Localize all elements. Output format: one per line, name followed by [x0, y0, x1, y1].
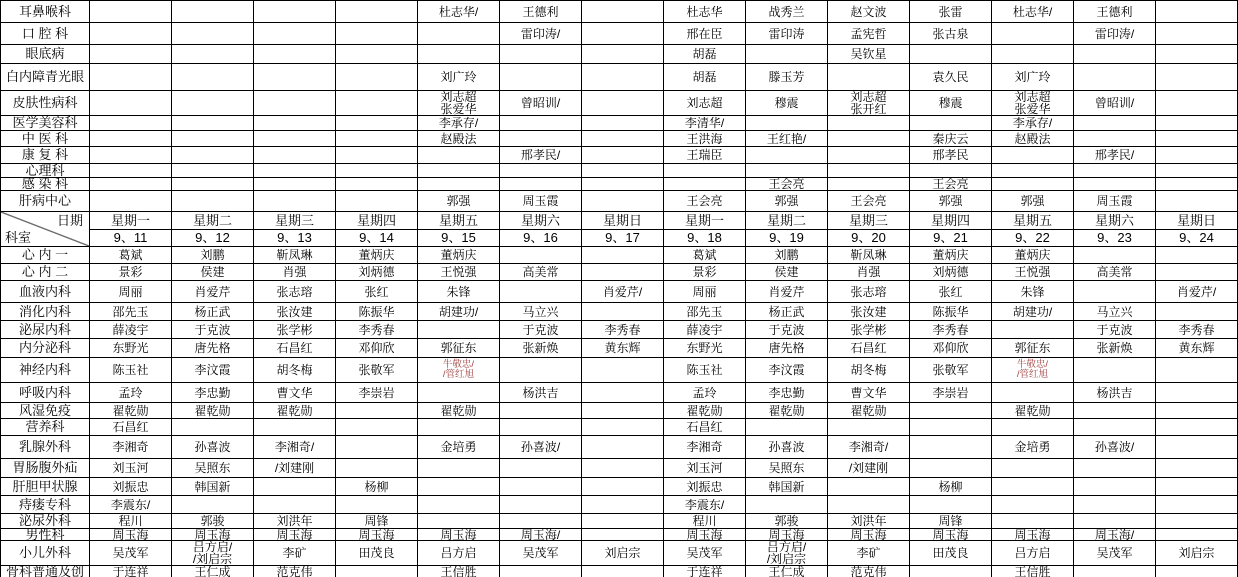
cell-text	[1156, 459, 1237, 477]
schedule-cell: 刘启宗	[1156, 541, 1238, 566]
schedule-cell	[582, 566, 664, 577]
cell-text: 靳凤琳	[828, 247, 909, 263]
cell-text: 周玉海	[910, 529, 991, 540]
date-header-row: 9、119、129、139、149、159、169、179、189、199、20…	[1, 230, 1238, 247]
cell-text	[336, 419, 417, 435]
cell-text: 刘志超 张开红	[828, 91, 909, 115]
schedule-cell	[746, 164, 828, 178]
schedule-cell: 战秀兰	[746, 1, 828, 23]
schedule-cell	[172, 164, 254, 178]
schedule-cell	[90, 23, 172, 45]
cell-text	[1074, 459, 1155, 477]
cell-text: 吕方启/ /刘启宗	[172, 541, 253, 565]
cell-text: 金培勇	[992, 436, 1073, 458]
cell-text: 杨柳	[336, 478, 417, 495]
schedule-cell: 孙喜波	[172, 436, 254, 459]
cell-text: 王洪海	[664, 131, 745, 146]
cell-text: 张汝建	[254, 303, 335, 320]
cell-text	[582, 247, 663, 263]
schedule-cell	[1156, 358, 1238, 383]
schedule-cell: /刘建刚	[254, 459, 336, 478]
schedule-cell	[1156, 529, 1238, 541]
cell-text	[336, 23, 417, 44]
schedule-cell	[418, 478, 500, 496]
schedule-cell: 孙喜波	[746, 436, 828, 459]
cell-text	[500, 566, 581, 577]
cell-text	[500, 164, 581, 177]
cell-text: 王红艳/	[746, 131, 827, 146]
schedule-cell: 陈振华	[336, 303, 418, 321]
schedule-cell	[582, 191, 664, 212]
schedule-cell	[500, 419, 582, 436]
cell-text: 翟乾勋	[254, 403, 335, 418]
cell-text	[746, 116, 827, 130]
cell-text: 孙喜波	[746, 436, 827, 458]
cell-text: 秦庆云	[910, 131, 991, 146]
schedule-cell	[910, 403, 992, 419]
cell-text	[336, 459, 417, 477]
cell-text: 心 内 二	[1, 264, 89, 280]
schedule-cell: 赵文波	[828, 1, 910, 23]
cell-text: 郭强	[418, 191, 499, 211]
schedule-cell: 邵先玉	[664, 303, 746, 321]
schedule-cell	[172, 191, 254, 212]
schedule-cell: 杨柳	[910, 478, 992, 496]
cell-text	[992, 383, 1073, 402]
cell-text: 心 内 一	[1, 247, 89, 263]
dept-cell: 医学美容科	[1, 116, 90, 131]
cell-text	[828, 164, 909, 177]
cell-text: 李矿	[828, 541, 909, 565]
schedule-cell	[992, 23, 1074, 45]
cell-text	[1156, 529, 1237, 540]
schedule-cell	[1156, 383, 1238, 403]
weekday-header: 星期一	[90, 212, 172, 230]
schedule-cell: 景彩	[90, 264, 172, 281]
cell-text	[1156, 566, 1237, 577]
cell-text: 刘洪年	[828, 514, 909, 528]
cell-text: 吴茂军	[500, 541, 581, 565]
schedule-cell	[1156, 459, 1238, 478]
weekday-label: 星期一	[90, 212, 171, 229]
schedule-cell	[828, 178, 910, 191]
cell-text	[582, 478, 663, 495]
date-header: 9、14	[336, 230, 418, 247]
weekday-label: 星期二	[172, 212, 253, 229]
cell-text: 郭骏	[746, 514, 827, 528]
cell-text	[746, 419, 827, 435]
schedule-cell	[992, 178, 1074, 191]
cell-text: 肖爱芹/	[582, 281, 663, 302]
schedule-cell: 周玉霞	[1074, 191, 1156, 212]
schedule-cell	[582, 1, 664, 23]
cell-text: 张红	[910, 281, 991, 302]
weekday-header: 星期三	[828, 212, 910, 230]
cell-text: 男性科	[1, 529, 89, 540]
cell-text: 王会亮	[910, 178, 991, 190]
cell-text	[1156, 358, 1237, 382]
schedule-cell: 周玉海	[992, 529, 1074, 541]
cell-text	[172, 116, 253, 130]
schedule-cell: 石昌红	[664, 419, 746, 436]
date-label: 9、13	[254, 230, 335, 246]
cell-text: 王瑞臣	[664, 147, 745, 163]
cell-text: 小儿外科	[1, 541, 89, 565]
cell-text: 田茂良	[910, 541, 991, 565]
schedule-cell	[664, 164, 746, 178]
cell-text: 刘玉河	[90, 459, 171, 477]
schedule-cell	[500, 64, 582, 91]
cell-text	[336, 64, 417, 90]
schedule-cell	[336, 45, 418, 64]
schedule-cell: 东野光	[90, 339, 172, 358]
cell-text: 吕方启	[418, 541, 499, 565]
schedule-cell	[336, 164, 418, 178]
schedule-cell: 吕方启	[992, 541, 1074, 566]
cell-text: 耳鼻喉科	[1, 1, 89, 22]
cell-text: 石昌红	[254, 339, 335, 357]
weekday-label: 星期五	[992, 212, 1073, 229]
cell-text	[500, 403, 581, 418]
schedule-cell: 邢孝民	[910, 147, 992, 164]
cell-text	[1074, 478, 1155, 495]
schedule-cell: 王德利	[1074, 1, 1156, 23]
cell-text	[90, 23, 171, 44]
table-row: 小儿外科吴茂军吕方启/ /刘启宗李矿田茂良吕方启吴茂军刘启宗吴茂军吕方启/ /刘…	[1, 541, 1238, 566]
table-row: 泌尿内科薛凌宇于克波张学彬李秀春于克波李秀春薛凌宇于克波张学彬李秀春于克波李秀春	[1, 321, 1238, 339]
schedule-cell: 邢孝民/	[500, 147, 582, 164]
schedule-cell: 张红	[910, 281, 992, 303]
cell-text: 张学彬	[828, 321, 909, 338]
cell-text: 杜志华/	[992, 1, 1073, 22]
cell-text: 张新焕	[500, 339, 581, 357]
schedule-cell: 薛凌宇	[664, 321, 746, 339]
cell-text: 赵殿法	[418, 131, 499, 146]
dept-cell: 肝病中心	[1, 191, 90, 212]
dept-cell: 男性科	[1, 529, 90, 541]
schedule-cell	[1074, 281, 1156, 303]
schedule-cell	[582, 514, 664, 529]
date-label: 9、20	[828, 230, 909, 246]
schedule-cell	[582, 116, 664, 131]
schedule-cell: 吴照东	[172, 459, 254, 478]
schedule-cell	[582, 131, 664, 147]
cell-text: 郭强	[910, 191, 991, 211]
schedule-cell: 周玉海/	[1074, 529, 1156, 541]
schedule-cell	[582, 436, 664, 459]
cell-text: 杨洪吉	[500, 383, 581, 402]
dept-cell: 泌尿内科	[1, 321, 90, 339]
cell-text	[1156, 164, 1237, 177]
cell-text	[1074, 178, 1155, 190]
cell-text: 牛敬忠/ /管红旭	[418, 358, 499, 382]
schedule-cell	[828, 116, 910, 131]
dept-cell: 小儿外科	[1, 541, 90, 566]
cell-text: 陈振华	[336, 303, 417, 320]
table-row: 神经内科陈玉社李汶霞胡冬梅张敬军牛敬忠/ /管红旭陈玉社李汶霞胡冬梅张敬军牛敬忠…	[1, 358, 1238, 383]
cell-text: 韩国新	[172, 478, 253, 495]
schedule-cell	[1156, 45, 1238, 64]
table-row: 乳腺外科李湘奇孙喜波李湘奇/金培勇孙喜波/李湘奇孙喜波李湘奇/金培勇孙喜波/	[1, 436, 1238, 459]
schedule-cell	[500, 164, 582, 178]
cell-text: 孟宪哲	[828, 23, 909, 44]
cell-text: 翟乾勋	[828, 403, 909, 418]
cell-text: 邵先玉	[90, 303, 171, 320]
schedule-cell	[828, 419, 910, 436]
schedule-cell	[336, 131, 418, 147]
schedule-cell	[582, 383, 664, 403]
cell-text: 翟乾勋	[172, 403, 253, 418]
schedule-cell	[418, 383, 500, 403]
table-row: 营养科石昌红石昌红	[1, 419, 1238, 436]
schedule-cell	[582, 247, 664, 264]
cell-text	[172, 64, 253, 90]
schedule-cell: 王悦强	[418, 264, 500, 281]
table-row: 心 内 一葛斌刘鹏靳凤琳董炳庆董炳庆葛斌刘鹏靳凤琳董炳庆董炳庆	[1, 247, 1238, 264]
cell-text	[582, 514, 663, 528]
schedule-cell	[582, 478, 664, 496]
schedule-cell: 曹文华	[254, 383, 336, 403]
schedule-cell: 周玉海	[254, 529, 336, 541]
schedule-cell: 王信胜	[992, 566, 1074, 577]
cell-text	[1074, 164, 1155, 177]
schedule-cell	[910, 45, 992, 64]
schedule-cell	[582, 178, 664, 191]
schedule-cell: 李崇岩	[910, 383, 992, 403]
schedule-cell	[500, 403, 582, 419]
schedule-cell	[1156, 419, 1238, 436]
date-label: 9、17	[582, 230, 663, 246]
schedule-cell	[418, 23, 500, 45]
schedule-cell: 翟乾勋	[992, 403, 1074, 419]
cell-text: 李秀春	[582, 321, 663, 338]
schedule-cell: 翟乾勋	[664, 403, 746, 419]
cell-text: 周玉霞	[500, 191, 581, 211]
schedule-cell	[418, 514, 500, 529]
schedule-cell	[254, 1, 336, 23]
schedule-cell: 周玉海	[418, 529, 500, 541]
schedule-cell	[582, 64, 664, 91]
schedule-cell	[336, 191, 418, 212]
table-row: 消化内科邵先玉杨正武张汝建陈振华胡建功/马立兴邵先玉杨正武张汝建陈振华胡建功/马…	[1, 303, 1238, 321]
cell-text	[500, 45, 581, 63]
schedule-cell: 于连祥	[664, 566, 746, 577]
schedule-cell: 杨正武	[172, 303, 254, 321]
cell-text: 李秀春	[910, 321, 991, 338]
schedule-cell	[172, 147, 254, 164]
schedule-cell	[992, 459, 1074, 478]
cell-text: 李汶霞	[172, 358, 253, 382]
cell-text	[1074, 496, 1155, 513]
schedule-cell: 李矿	[828, 541, 910, 566]
schedule-cell	[746, 147, 828, 164]
schedule-cell: 于克波	[746, 321, 828, 339]
schedule-cell: 刘炳德	[336, 264, 418, 281]
cell-text	[910, 459, 991, 477]
schedule-cell: 李秀春	[336, 321, 418, 339]
cell-text	[582, 116, 663, 130]
cell-text: 于连祥	[664, 566, 745, 577]
schedule-cell: 吴茂军	[664, 541, 746, 566]
cell-text	[254, 1, 335, 22]
schedule-cell: 赵殿法	[418, 131, 500, 147]
schedule-cell	[828, 478, 910, 496]
cell-text	[582, 191, 663, 211]
cell-text	[1156, 91, 1237, 115]
cell-text: 邢孝民/	[500, 147, 581, 163]
cell-text: 黄东辉	[582, 339, 663, 357]
schedule-cell	[1074, 164, 1156, 178]
cell-text: 马立兴	[500, 303, 581, 320]
dept-cell: 肝胆甲状腺	[1, 478, 90, 496]
cell-text	[992, 514, 1073, 528]
cell-text: 郭强	[746, 191, 827, 211]
date-header: 9、23	[1074, 230, 1156, 247]
schedule-cell: 牛敬忠/ /管红旭	[992, 358, 1074, 383]
schedule-cell: 胡磊	[664, 45, 746, 64]
schedule-cell: 石昌红	[90, 419, 172, 436]
cell-text	[336, 147, 417, 163]
weekday-label: 星期二	[746, 212, 827, 229]
schedule-cell: 王信胜	[418, 566, 500, 577]
schedule-cell	[746, 496, 828, 514]
schedule-cell	[254, 23, 336, 45]
cell-text: 陈玉社	[664, 358, 745, 382]
date-header: 9、19	[746, 230, 828, 247]
cell-text	[418, 419, 499, 435]
schedule-cell: 雷印涛	[746, 23, 828, 45]
schedule-cell: 石昌红	[828, 339, 910, 358]
schedule-cell: 朱锋	[418, 281, 500, 303]
cell-text	[254, 478, 335, 495]
schedule-cell: 胡磊	[664, 64, 746, 91]
weekday-label: 星期四	[336, 212, 417, 229]
schedule-cell: 王会亮	[746, 178, 828, 191]
cell-text	[336, 178, 417, 190]
cell-text: 薛凌宇	[664, 321, 745, 338]
schedule-cell: 邵先玉	[90, 303, 172, 321]
schedule-cell: 于克波	[500, 321, 582, 339]
schedule-cell	[172, 91, 254, 116]
cell-text: 郭强	[992, 191, 1073, 211]
schedule-cell: 郭骏	[172, 514, 254, 529]
schedule-cell: 牛敬忠/ /管红旭	[418, 358, 500, 383]
table-row: 中 医 科赵殿法王洪海王红艳/秦庆云赵殿法	[1, 131, 1238, 147]
cell-text	[828, 64, 909, 90]
schedule-cell: 刘振忠	[664, 478, 746, 496]
cell-text: 滕玉芳	[746, 64, 827, 90]
schedule-cell: 董炳庆	[910, 247, 992, 264]
schedule-cell	[90, 64, 172, 91]
cell-text: 胡磊	[664, 64, 745, 90]
schedule-cell: 雷印涛/	[1074, 23, 1156, 45]
cell-text	[90, 91, 171, 115]
table-row: 感 染 科王会亮王会亮	[1, 178, 1238, 191]
schedule-cell: 邢在臣	[664, 23, 746, 45]
schedule-cell: 郭强	[992, 191, 1074, 212]
cell-text	[1074, 45, 1155, 63]
schedule-cell	[254, 191, 336, 212]
schedule-cell	[1156, 1, 1238, 23]
cell-text	[90, 147, 171, 163]
schedule-cell: 刘洪年	[254, 514, 336, 529]
cell-text: 于克波	[746, 321, 827, 338]
schedule-cell	[1156, 164, 1238, 178]
schedule-cell	[1156, 403, 1238, 419]
cell-text: 王悦强	[418, 264, 499, 280]
schedule-cell	[500, 566, 582, 577]
schedule-cell	[336, 496, 418, 514]
schedule-cell: 张雷	[910, 1, 992, 23]
schedule-cell	[1156, 23, 1238, 45]
table-row: 呼吸内科孟玲李忠勤曹文华李崇岩杨洪吉孟玲李忠勤曹文华李崇岩杨洪吉	[1, 383, 1238, 403]
dept-cell: 内分泌科	[1, 339, 90, 358]
cell-text: 张敬军	[336, 358, 417, 382]
schedule-cell: 周玉海	[172, 529, 254, 541]
cell-text: 李承存/	[418, 116, 499, 130]
schedule-cell	[746, 419, 828, 436]
schedule-cell: 周玉霞	[500, 191, 582, 212]
cell-text	[664, 178, 745, 190]
cell-text: 胡冬梅	[828, 358, 909, 382]
cell-text	[828, 478, 909, 495]
date-header: 9、18	[664, 230, 746, 247]
schedule-cell: 李汶霞	[746, 358, 828, 383]
schedule-cell	[500, 45, 582, 64]
schedule-cell	[336, 566, 418, 577]
cell-text: 张新焕	[1074, 339, 1155, 357]
cell-text: 肖爱芹	[746, 281, 827, 302]
schedule-cell: 翟乾勋	[254, 403, 336, 419]
cell-text: 袁久民	[910, 64, 991, 90]
schedule-cell	[992, 45, 1074, 64]
schedule-cell: 胡建功/	[418, 303, 500, 321]
cell-text: 张古泉	[910, 23, 991, 44]
schedule-cell: 邢孝民/	[1074, 147, 1156, 164]
weekday-header: 星期四	[336, 212, 418, 230]
schedule-cell: 胡建功/	[992, 303, 1074, 321]
cell-text: 李震东/	[90, 496, 171, 513]
cell-text: 周玉海	[992, 529, 1073, 540]
cell-text	[992, 23, 1073, 44]
cell-text	[500, 247, 581, 263]
schedule-cell	[336, 91, 418, 116]
schedule-cell: 景彩	[664, 264, 746, 281]
table-row: 皮肤性病科刘志超 张爱华曾昭训/刘志超穆震刘志超 张开红穆震刘志超 张爱华曾昭训…	[1, 91, 1238, 116]
cell-text	[910, 566, 991, 577]
weekday-label: 星期一	[664, 212, 745, 229]
cell-text: 刘广玲	[418, 64, 499, 90]
schedule-cell	[418, 419, 500, 436]
cell-text: 马立兴	[1074, 303, 1155, 320]
cell-text	[582, 459, 663, 477]
cell-text: 李湘奇/	[254, 436, 335, 458]
schedule-cell: 周玉海	[828, 529, 910, 541]
cell-text	[336, 403, 417, 418]
schedule-cell: 张学彬	[254, 321, 336, 339]
schedule-cell: /刘建刚	[828, 459, 910, 478]
corner-dept-label: 科室	[5, 231, 31, 244]
cell-text	[828, 116, 909, 130]
schedule-cell: 张敬军	[910, 358, 992, 383]
schedule-cell	[1156, 264, 1238, 281]
cell-text	[582, 264, 663, 280]
cell-text: 王会亮	[746, 178, 827, 190]
schedule-cell: 郭强	[910, 191, 992, 212]
schedule-cell: 孟宪哲	[828, 23, 910, 45]
dept-cell: 眼底病	[1, 45, 90, 64]
schedule-section: 心 内 一葛斌刘鹏靳凤琳董炳庆董炳庆葛斌刘鹏靳凤琳董炳庆董炳庆心 内 二景彩侯建…	[1, 247, 1238, 577]
